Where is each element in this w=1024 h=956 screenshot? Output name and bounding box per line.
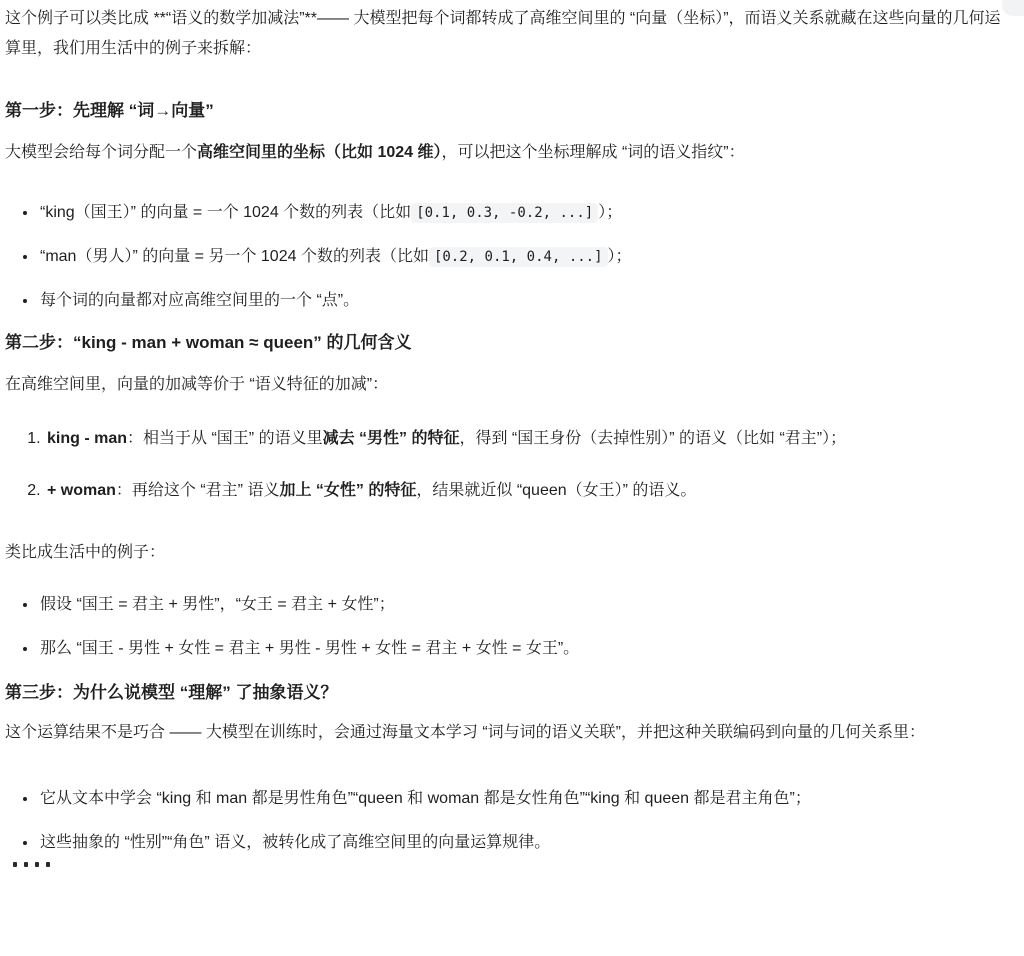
list-item-king-vector: “king（国王）” 的向量 = 一个 1024 个数的列表（比如[0.1, 0… (38, 198, 1012, 228)
text-run: 它从文本中学会 “king 和 man 都是男性角色”“queen 和 woma… (40, 790, 811, 807)
step3-heading: 第三步：为什么说模型 “理解” 了抽象语义？ (5, 678, 1012, 708)
chat-answer-document: 这个例子可以类比成 **“语义的数学加减法”**—— 大模型把每个词都转成了高维… (0, 0, 1024, 956)
text-run: ，可以把这个坐标理解成 “词的语义指纹”： (442, 144, 745, 161)
text-run: ，得到 “国王身份（去掉性别）” 的语义（比如 “君主”）； (459, 430, 846, 447)
text-run: ）； (598, 204, 622, 221)
intro-paragraph: 这个例子可以类比成 **“语义的数学加减法”**—— 大模型把每个词都转成了高维… (5, 4, 1012, 64)
step1-lead-paragraph: 大模型会给每个词分配一个高维空间里的坐标（比如 1024 维），可以把这个坐标理… (5, 138, 1012, 168)
inline-code: [0.1, 0.3, -0.2, ...] (411, 203, 598, 223)
list-item-man-vector: “man（男人）” 的向量 = 另一个 1024 个数的列表（比如[0.2, 0… (38, 242, 1012, 272)
glyph-top-fragment (24, 862, 28, 867)
step3-lead-paragraph: 这个运算结果不是巧合 —— 大模型在训练时，会通过海量文本学习 “词与词的语义关… (5, 718, 1012, 748)
text-run: “king（国王）” 的向量 = 一个 1024 个数的列表（比如 (40, 204, 411, 221)
text-run: ，结果就近似 “queen（女王）” 的语义。 (416, 482, 696, 499)
glyph-top-fragment (13, 862, 17, 867)
text-run: 这些抽象的 “性别”“角色” 语义，被转化成了高维空间里的向量运算规律。 (40, 834, 550, 851)
list-item-derivation: 那么 “国王 - 男性 + 女性 = 君主 + 男性 - 男性 + 女性 = 君… (38, 634, 1012, 664)
list-item-assumption: 假设 “国王 = 君主 + 男性”，“女王 = 君主 + 女性”； (38, 590, 1012, 620)
geometry-steps-list: king - man：相当于从 “国王” 的语义里减去 “男性” 的特征，得到 … (5, 424, 1012, 506)
list-item-abstraction: 这些抽象的 “性别”“角色” 语义，被转化成了高维空间里的向量运算规律。 (38, 828, 1012, 858)
bold-run: 加上 “女性” 的特征 (279, 482, 416, 499)
list-item-roles: 它从文本中学会 “king 和 man 都是男性角色”“queen 和 woma… (38, 784, 1012, 814)
bold-run: 减去 “男性” 的特征 (323, 430, 460, 447)
vector-examples-list: “king（国王）” 的向量 = 一个 1024 个数的列表（比如[0.1, 0… (5, 198, 1012, 316)
list-item-king-minus-man: king - man：相当于从 “国王” 的语义里减去 “男性” 的特征，得到 … (45, 424, 1012, 454)
list-item-point: 每个词的向量都对应高维空间里的一个 “点”。 (38, 286, 1012, 316)
text-run: 假设 “国王 = 君主 + 男性”，“女王 = 君主 + 女性”； (40, 596, 395, 613)
text-run: 那么 “国王 - 男性 + 女性 = 君主 + 男性 - 男性 + 女性 = 君… (40, 640, 579, 657)
step1-heading: 第一步：先理解 “词→向量” (5, 96, 1012, 126)
inline-code: [0.2, 0.1, 0.4, ...] (429, 247, 608, 267)
list-item-plus-woman: + woman：再给这个 “君主” 语义加上 “女性” 的特征，结果就近似 “q… (45, 476, 1012, 506)
corner-pill-button[interactable] (1002, 0, 1024, 16)
truncated-next-line-fragment (13, 862, 1012, 868)
text-run: ）； (608, 248, 632, 265)
text-run: ：相当于从 “国王” 的语义里 (127, 430, 323, 447)
step2-lead-paragraph: 在高维空间里，向量的加减等价于 “语义特征的加减”： (5, 370, 1012, 400)
glyph-top-fragment (35, 862, 39, 867)
bold-run: 高维空间里的坐标（比如 1024 维） (197, 144, 442, 161)
bold-run: king - man (47, 430, 127, 447)
text-run: “man（男人）” 的向量 = 另一个 1024 个数的列表（比如 (40, 248, 429, 265)
bold-run: + woman (47, 482, 116, 499)
text-run: ：再给这个 “君主” 语义 (116, 482, 280, 499)
step2-heading: 第二步：“king - man + woman ≈ queen” 的几何含义 (5, 328, 1012, 358)
learning-list: 它从文本中学会 “king 和 man 都是男性角色”“queen 和 woma… (5, 784, 1012, 858)
analogy-list: 假设 “国王 = 君主 + 男性”，“女王 = 君主 + 女性”； 那么 “国王… (5, 590, 1012, 664)
text-run: 每个词的向量都对应高维空间里的一个 “点”。 (40, 292, 359, 309)
glyph-top-fragment (46, 862, 50, 867)
analogy-lead-paragraph: 类比成生活中的例子： (5, 538, 1012, 568)
text-run: 大模型会给每个词分配一个 (5, 144, 197, 161)
